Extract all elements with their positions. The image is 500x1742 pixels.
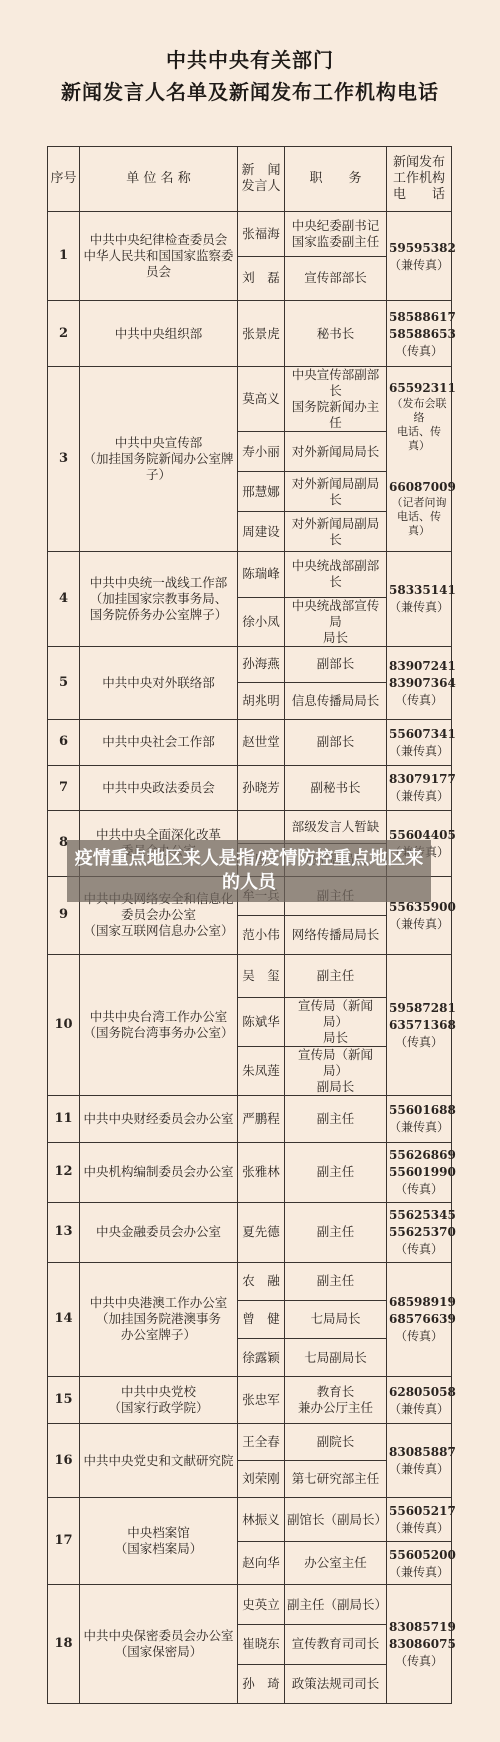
phone-cell: 68598919 68576639（传真）: [387, 1262, 452, 1377]
row-index: 11: [48, 1095, 80, 1142]
phone-number: 55601688: [389, 1102, 449, 1119]
spokesperson-name: 周建设: [238, 512, 285, 552]
spokesperson-position: 网络传播局局长: [285, 915, 387, 954]
spokesperson-name: 崔晓东: [238, 1625, 285, 1665]
phone-note: （记者问询 电话、传真）: [389, 496, 449, 538]
table-row: 17中央档案馆 （国家档案局）林振义副馆长（副局长）55605217（兼传真）: [48, 1498, 452, 1542]
spokesperson-position: 中央纪委副书记 国家监委副主任: [285, 212, 387, 257]
table-row: 13中央金融委员会办公室夏先德副主任55625345 55625370（传真）: [48, 1202, 452, 1262]
spokesperson-position: 副馆长（副局长）: [285, 1498, 387, 1542]
table-row: 5中共中央对外联络部孙海燕副部长83907241 83907364（传真）: [48, 646, 452, 683]
spokesperson-position: 副主任（副局长）: [285, 1585, 387, 1625]
phone-note: （传真）: [389, 1034, 449, 1050]
spokesperson-position: 对外新闻局副局长: [285, 472, 387, 512]
spokesperson-position: 中央宣传部副部长 国务院新闻办主任: [285, 367, 387, 432]
phone-cell: 55605200（兼传真）: [387, 1541, 452, 1585]
spokesperson-name: 赵世堂: [238, 719, 285, 765]
unit-name: 中共中央宣传部 （加挂国务院新闻办公室牌子）: [80, 367, 238, 552]
phone-number: 55625345 55625370: [389, 1207, 449, 1241]
spokesperson-name: 朱凤莲: [238, 1046, 285, 1095]
phone-note: （传真）: [389, 1328, 449, 1344]
spokesperson-name: 徐小凤: [238, 597, 285, 646]
unit-name: 中央金融委员会办公室: [80, 1202, 238, 1262]
spokesperson-name: 吴 玺: [238, 954, 285, 997]
unit-name: 中共中央政法委员会: [80, 765, 238, 810]
spokesperson-position: 宣传局（新闻局） 局长: [285, 997, 387, 1046]
table-row: 3中共中央宣传部 （加挂国务院新闻办公室牌子）莫高义中央宣传部副部长 国务院新闻…: [48, 367, 452, 432]
header-position: 职 务: [285, 147, 387, 212]
header-phone: 新闻发布 工作机构 电 话: [387, 147, 452, 212]
table-row: 2中共中央组织部张景虎秘书长58588617 58588653（传真）: [48, 301, 452, 367]
spokesperson-name: 张景虎: [238, 301, 285, 367]
table-row: 4中共中央统一战线工作部 （加挂国家宗教事务局、 国务院侨务办公室牌子）陈瑞峰中…: [48, 552, 452, 598]
spokesperson-position: 对外新闻局副局长: [285, 512, 387, 552]
spokesperson-name: 孙 琦: [238, 1664, 285, 1704]
table-row: 10中共中央台湾工作办公室 （国务院台湾事务办公室）吴 玺副主任59587281…: [48, 954, 452, 997]
unit-name: 中共中央台湾工作办公室 （国务院台湾事务办公室）: [80, 954, 238, 1095]
phone-number: 83079177: [389, 771, 449, 788]
spokesperson-name: 刘荣刚: [238, 1461, 285, 1498]
phone-number: 83085887: [389, 1444, 449, 1461]
phone-note: （兼传真）: [389, 788, 449, 804]
header-spokesperson: 新 闻 发言人: [238, 147, 285, 212]
phone-note: （兼传真）: [389, 257, 449, 273]
phone-number: 58335141: [389, 582, 449, 599]
phone-number: 83085719 83086075: [389, 1619, 449, 1653]
spokesperson-position: 部级发言人暂缺: [285, 810, 387, 843]
phone-note: （兼传真）: [389, 916, 449, 932]
unit-name: 中共中央港澳工作办公室 （加挂国务院港澳事务 办公室牌子）: [80, 1262, 238, 1377]
spokesperson-name: 徐露颖: [238, 1339, 285, 1377]
phone-number: 55626869 55601990: [389, 1147, 449, 1181]
spokesperson-name: 夏先德: [238, 1202, 285, 1262]
spokesperson-position: 副秘书长: [285, 765, 387, 810]
spokesperson-position: 办公室主任: [285, 1541, 387, 1585]
spokesperson-name: 严鹏程: [238, 1095, 285, 1142]
spokesperson-name: 邢慧娜: [238, 472, 285, 512]
phone-note: （兼传真）: [389, 1119, 449, 1135]
unit-name: 中共中央党史和文献研究院: [80, 1424, 238, 1498]
row-index: 2: [48, 301, 80, 367]
spokesperson-position: 副主任: [285, 954, 387, 997]
spokesperson-name: 农 融: [238, 1262, 285, 1300]
unit-name: 中共中央统一战线工作部 （加挂国家宗教事务局、 国务院侨务办公室牌子）: [80, 552, 238, 647]
unit-name: 中央档案馆 （国家档案局）: [80, 1498, 238, 1585]
row-index: 13: [48, 1202, 80, 1262]
phone-cell: 58588617 58588653（传真）: [387, 301, 452, 367]
row-index: 14: [48, 1262, 80, 1377]
spokesperson-position: 宣传教育司司长: [285, 1625, 387, 1665]
spokesperson-name: 寿小丽: [238, 432, 285, 472]
unit-name: 中共中央党校 （国家行政学院）: [80, 1377, 238, 1424]
phone-number: 68598919 68576639: [389, 1294, 449, 1328]
phone-cell: 65592311（发布会联络 电话、传真）66087009（记者问询 电话、传真…: [387, 367, 452, 552]
table-row: 12中央机构编制委员会办公室张雅林副主任55626869 55601990（传真…: [48, 1142, 452, 1202]
spokesperson-name: 陈瑞峰: [238, 552, 285, 598]
spokesperson-name: 王全春: [238, 1424, 285, 1461]
spokesperson-name: 史英立: [238, 1585, 285, 1625]
phone-number: 66087009: [389, 479, 449, 496]
row-index: 6: [48, 719, 80, 765]
table-row: 15中共中央党校 （国家行政学院）张忠军教育长 兼办公厅主任62805058（兼…: [48, 1377, 452, 1424]
unit-name: 中共中央对外联络部: [80, 646, 238, 719]
phone-cell: 55605217（兼传真）: [387, 1498, 452, 1542]
table-row: 14中共中央港澳工作办公室 （加挂国务院港澳事务 办公室牌子）农 融副主任685…: [48, 1262, 452, 1300]
phone-note: （兼传真）: [389, 1461, 449, 1477]
row-index: 16: [48, 1424, 80, 1498]
spokesperson-name: 孙晓芳: [238, 765, 285, 810]
spokesperson-name: 张忠军: [238, 1377, 285, 1424]
row-index: 7: [48, 765, 80, 810]
phone-cell: 58335141（兼传真）: [387, 552, 452, 647]
spokesperson-name: 林振义: [238, 1498, 285, 1542]
spokesperson-table: 序号 单 位 名 称 新 闻 发言人 职 务 新闻发布 工作机构 电 话 1中共…: [47, 146, 452, 1704]
spokesperson-position: 教育长 兼办公厅主任: [285, 1377, 387, 1424]
phone-cell: 62805058（兼传真）: [387, 1377, 452, 1424]
spokesperson-name: 莫高义: [238, 367, 285, 432]
spokesperson-position: 副主任: [285, 1142, 387, 1202]
phone-note: （兼传真）: [389, 743, 449, 759]
spokesperson-position: 副部长: [285, 719, 387, 765]
phone-cell: 83079177（兼传真）: [387, 765, 452, 810]
spokesperson-position: 中央统战部副部长: [285, 552, 387, 598]
phone-number: 58588617 58588653: [389, 309, 449, 343]
table-row: 16中共中央党史和文献研究院王全春副院长83085887（兼传真）: [48, 1424, 452, 1461]
unit-name: 中共中央财经委员会办公室: [80, 1095, 238, 1142]
row-index: 18: [48, 1585, 80, 1704]
phone-note: （传真）: [389, 1241, 449, 1257]
spokesperson-position: 政策法规司司长: [285, 1664, 387, 1704]
header-unit: 单 位 名 称: [80, 147, 238, 212]
phone-note: （发布会联络 电话、传真）: [389, 397, 449, 453]
phone-cell: 55625345 55625370（传真）: [387, 1202, 452, 1262]
spokesperson-name: 范小伟: [238, 915, 285, 954]
spokesperson-position: 副院长: [285, 1424, 387, 1461]
row-index: 5: [48, 646, 80, 719]
phone-note: （兼传真）: [389, 599, 449, 615]
spokesperson-position: 第七研究部主任: [285, 1461, 387, 1498]
phone-cell: 55626869 55601990（传真）: [387, 1142, 452, 1202]
phone-note: （兼传真）: [389, 1564, 449, 1580]
spokesperson-position: 宣传局（新闻局） 副局长: [285, 1046, 387, 1095]
phone-number: 65592311: [389, 380, 449, 397]
phone-note: （传真）: [389, 692, 449, 708]
unit-name: 中共中央纪律检查委员会 中华人民共和国国家监察委员会: [80, 212, 238, 301]
phone-note: （传真）: [389, 1653, 449, 1669]
spokesperson-name: 陈斌华: [238, 997, 285, 1046]
spokesperson-name: 胡兆明: [238, 683, 285, 720]
phone-number: 55607341: [389, 726, 449, 743]
document-title-line1: 中共中央有关部门: [0, 44, 500, 73]
phone-cell: 59587281 63571368（传真）: [387, 954, 452, 1095]
phone-number: 55605200: [389, 1547, 449, 1564]
unit-name: 中共中央保密委员会办公室 （国家保密局）: [80, 1585, 238, 1704]
spokesperson-position: 副主任: [285, 1095, 387, 1142]
spokesperson-position: 宣传部部长: [285, 256, 387, 301]
spokesperson-name: [238, 810, 285, 843]
spokesperson-position: 中央统战部宣传局 局长: [285, 597, 387, 646]
spokesperson-position: 秘书长: [285, 301, 387, 367]
row-index: 17: [48, 1498, 80, 1585]
table-row: 11中共中央财经委员会办公室严鹏程副主任55601688（兼传真）: [48, 1095, 452, 1142]
document-title-line2: 新闻发言人名单及新闻发布工作机构电话: [0, 76, 500, 105]
phone-number: 55605217: [389, 1503, 449, 1520]
spokesperson-position: 副主任: [285, 1202, 387, 1262]
row-index: 1: [48, 212, 80, 301]
spokesperson-position: 七局副局长: [285, 1339, 387, 1377]
header-index: 序号: [48, 147, 80, 212]
unit-name: 中共中央组织部: [80, 301, 238, 367]
phone-note: （兼传真）: [389, 1401, 449, 1417]
table-row: 8中共中央全面深化改革 委员会办公室部级发言人暂缺55604405（兼传真）: [48, 810, 452, 843]
phone-number: 59587281 63571368: [389, 1000, 449, 1034]
phone-cell: 83085887（兼传真）: [387, 1424, 452, 1498]
spokesperson-name: 张福海: [238, 212, 285, 257]
phone-note: （传真）: [389, 343, 449, 359]
phone-cell: 55601688（兼传真）: [387, 1095, 452, 1142]
overlay-caption-banner: 疫情重点地区来人是指/疫情防控重点地区来的人员: [67, 840, 431, 902]
row-index: 3: [48, 367, 80, 552]
phone-cell: 83907241 83907364（传真）: [387, 646, 452, 719]
unit-name: 中央机构编制委员会办公室: [80, 1142, 238, 1202]
unit-name: 中共中央社会工作部: [80, 719, 238, 765]
spokesperson-name: 孙海燕: [238, 646, 285, 683]
row-index: 4: [48, 552, 80, 647]
spokesperson-position: 信息传播局局长: [285, 683, 387, 720]
table-row: 18中共中央保密委员会办公室 （国家保密局）史英立副主任（副局长）8308571…: [48, 1585, 452, 1625]
table-body: 1中共中央纪律检查委员会 中华人民共和国国家监察委员会张福海中央纪委副书记 国家…: [48, 212, 452, 1704]
phone-note: （传真）: [389, 1181, 449, 1197]
spokesperson-name: 曾 健: [238, 1300, 285, 1338]
phone-number: 83907241 83907364: [389, 658, 449, 692]
phone-note: （兼传真）: [389, 1520, 449, 1536]
phone-cell: 55607341（兼传真）: [387, 719, 452, 765]
phone-number: 62805058: [389, 1384, 449, 1401]
table-header-row: 序号 单 位 名 称 新 闻 发言人 职 务 新闻发布 工作机构 电 话: [48, 147, 452, 212]
spokesperson-position: 副部长: [285, 646, 387, 683]
spokesperson-name: 赵向华: [238, 1541, 285, 1585]
table-row: 6中共中央社会工作部赵世堂副部长55607341（兼传真）: [48, 719, 452, 765]
phone-cell: 83085719 83086075（传真）: [387, 1585, 452, 1704]
table-row: 7中共中央政法委员会孙晓芳副秘书长83079177（兼传真）: [48, 765, 452, 810]
row-index: 10: [48, 954, 80, 1095]
phone-number: 59595382: [389, 240, 449, 257]
spokesperson-name: 刘 磊: [238, 256, 285, 301]
spokesperson-position: 副主任: [285, 1262, 387, 1300]
spokesperson-position: 七局局长: [285, 1300, 387, 1338]
row-index: 12: [48, 1142, 80, 1202]
table-row: 1中共中央纪律检查委员会 中华人民共和国国家监察委员会张福海中央纪委副书记 国家…: [48, 212, 452, 257]
spokesperson-name: 张雅林: [238, 1142, 285, 1202]
phone-cell: 59595382（兼传真）: [387, 212, 452, 301]
row-index: 15: [48, 1377, 80, 1424]
spokesperson-position: 对外新闻局局长: [285, 432, 387, 472]
